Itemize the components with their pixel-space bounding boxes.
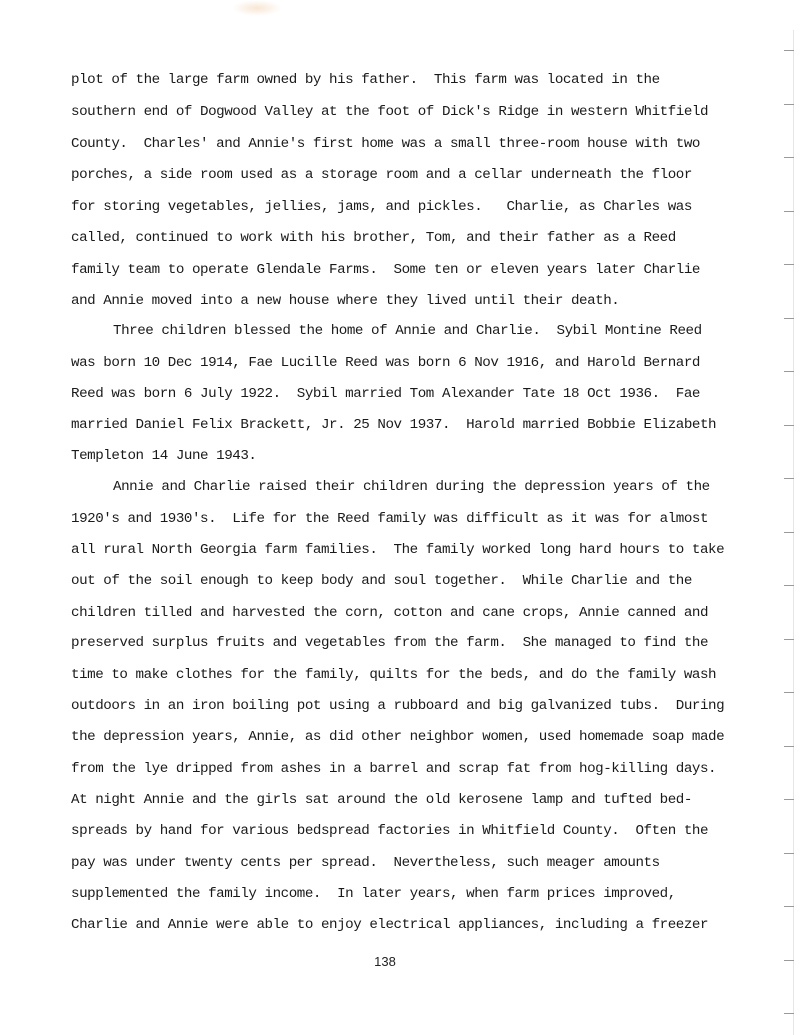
text-line: and Annie moved into a new house where t… xyxy=(71,292,619,310)
text-line: outdoors in an iron boiling pot using a … xyxy=(71,697,724,715)
text-line: preserved surplus fruits and vegetables … xyxy=(71,634,708,652)
text-line: the depression years, Annie, as did othe… xyxy=(71,728,724,746)
margin-tick xyxy=(784,799,794,800)
margin-tick xyxy=(784,50,794,51)
text-line: time to make clothes for the family, qui… xyxy=(71,666,716,684)
margin-tick xyxy=(784,104,794,105)
margin-tick xyxy=(784,746,794,747)
margin-tick xyxy=(784,532,794,533)
text-line: was born 10 Dec 1914, Fae Lucille Reed w… xyxy=(71,354,700,372)
margin-tick xyxy=(784,318,794,319)
text-line: family team to operate Glendale Farms. S… xyxy=(71,261,700,279)
text-line: Templeton 14 June 1943. xyxy=(71,447,256,465)
text-line: spreads by hand for various bedspread fa… xyxy=(71,822,708,840)
paper-smudge xyxy=(232,0,282,16)
text-line: all rural North Georgia farm families. T… xyxy=(71,541,724,559)
text-line: supplemented the family income. In later… xyxy=(71,885,676,903)
text-line: for storing vegetables, jellies, jams, a… xyxy=(71,198,692,216)
text-line: Reed was born 6 July 1922. Sybil married… xyxy=(71,385,700,403)
text-line: At night Annie and the girls sat around … xyxy=(71,791,692,809)
margin-tick xyxy=(784,157,794,158)
page-number: 138 xyxy=(0,954,770,969)
margin-tick xyxy=(784,585,794,586)
text-line: porches, a side room used as a storage r… xyxy=(71,166,692,184)
margin-tick xyxy=(784,639,794,640)
margin-tick xyxy=(784,1013,794,1014)
margin-tick xyxy=(784,211,794,212)
text-line: called, continued to work with his broth… xyxy=(71,229,676,247)
margin-tick xyxy=(784,692,794,693)
paragraph-start-line: Three children blessed the home of Annie… xyxy=(113,322,702,340)
text-line: children tilled and harvested the corn, … xyxy=(71,604,708,622)
text-line: married Daniel Felix Brackett, Jr. 25 No… xyxy=(71,416,716,434)
text-line: 1920's and 1930's. Life for the Reed fam… xyxy=(71,510,708,528)
margin-tick xyxy=(784,906,794,907)
text-line: from the lye dripped from ashes in a bar… xyxy=(71,760,716,778)
text-line: southern end of Dogwood Valley at the fo… xyxy=(71,103,708,121)
margin-tick xyxy=(784,264,794,265)
text-line: out of the soil enough to keep body and … xyxy=(71,572,692,590)
text-line: County. Charles' and Annie's first home … xyxy=(71,135,700,153)
margin-tick xyxy=(784,371,794,372)
text-line: pay was under twenty cents per spread. N… xyxy=(71,854,660,872)
document-page: plot of the large farm owned by his fath… xyxy=(0,0,800,1035)
margin-tick xyxy=(784,960,794,961)
margin-tick xyxy=(784,425,794,426)
text-line: plot of the large farm owned by his fath… xyxy=(71,71,660,89)
text-line: Charlie and Annie were able to enjoy ele… xyxy=(71,916,708,934)
margin-tick xyxy=(784,478,794,479)
paragraph-start-line: Annie and Charlie raised their children … xyxy=(113,478,710,496)
margin-tick xyxy=(784,853,794,854)
